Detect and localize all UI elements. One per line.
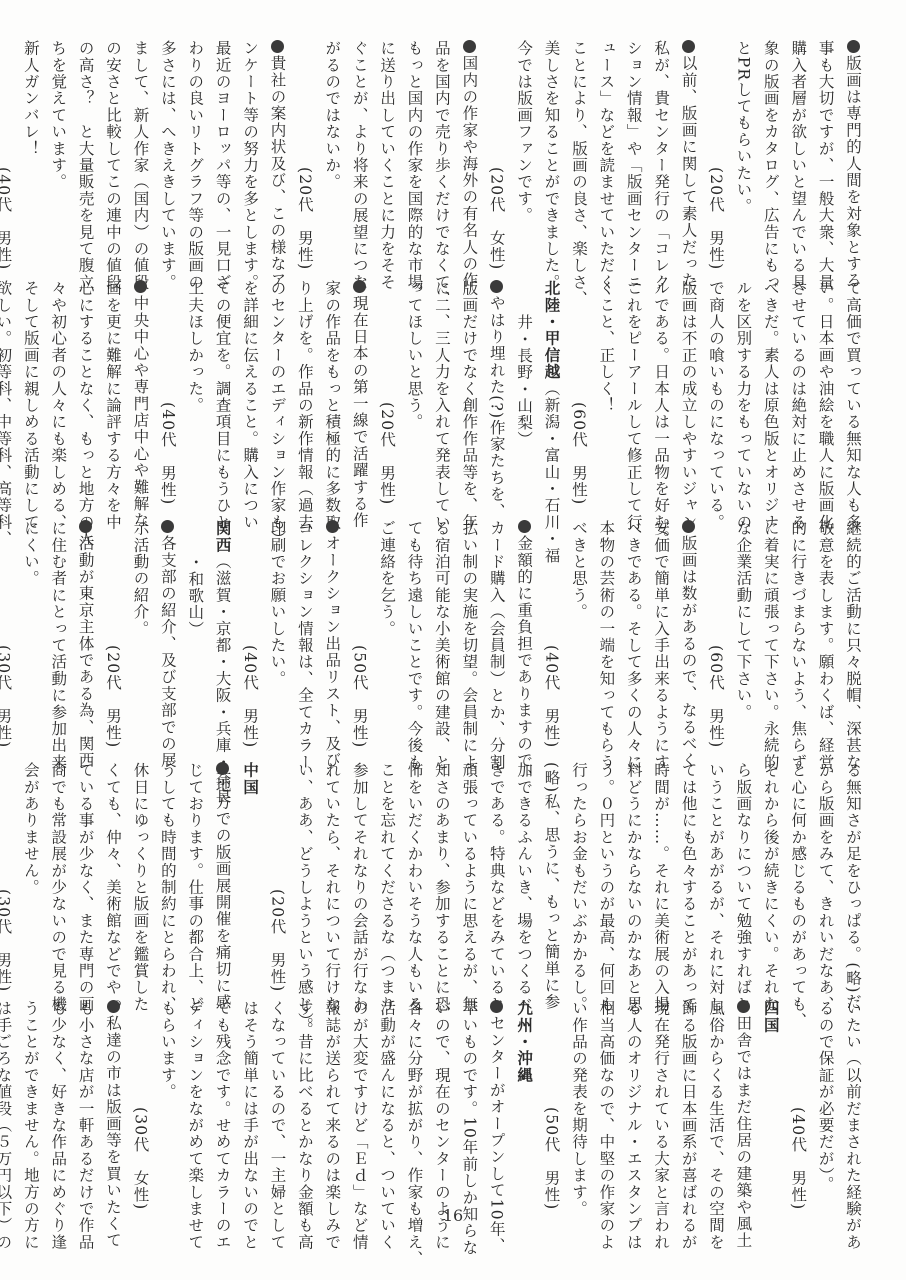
bullet-icon xyxy=(737,1000,750,1013)
bullet-icon xyxy=(463,40,476,53)
text-column: 版画は不正の成立しやすいジャン xyxy=(674,280,701,505)
column-text: くても、仲々、美術館などでやっ xyxy=(104,762,122,1013)
text-column: 的に行きづまらないよう、焦らず xyxy=(784,520,811,748)
respondent-signature: (60代 男性) xyxy=(702,520,729,748)
respondent-signature: (30代 男性) xyxy=(0,520,16,748)
text-column: 継続的ご活動に只々脱帽、深甚な xyxy=(839,520,866,748)
column-text: ても待ち遠しいことです。今後も xyxy=(406,520,424,771)
column-text: 時間が……。それに美術展の入場 xyxy=(652,762,670,1013)
respondent-signature: (40代 男性) xyxy=(153,280,180,505)
column-text: に着実に頑張って下さい。永続的 xyxy=(762,520,780,771)
text-column: な企業活動にして下さい。 xyxy=(729,520,756,748)
column-text: それから後が続きにくい。それな xyxy=(762,762,780,1013)
region-heading: 北陸・甲信越 xyxy=(543,280,561,380)
text-column: わりの良いリトグラフ等の版画の xyxy=(181,40,208,270)
region-heading: 九州・沖縄 xyxy=(515,1000,533,1084)
text-column: 本物の芸術の一端を知ってもらう xyxy=(592,520,619,748)
text-column: カード購入（会員制）とか、分割 xyxy=(482,520,509,748)
text-column: 報誌が送られて来るのは楽しみで xyxy=(318,1000,345,1210)
text-column: コレクション情報は、全てカラー xyxy=(290,520,317,748)
text-column: う。０円というのが最高、何回も xyxy=(592,762,619,992)
text-column: 井・長野・山梨） xyxy=(510,280,537,505)
text-column: そして版画に親しめる活動にして xyxy=(16,280,43,505)
column-text: 行ったらお金もだいぶかかるし。 xyxy=(570,762,588,1013)
text-column: 欲しい。初等科、中等科、高等科、 xyxy=(0,280,16,505)
column-text: 各支部の紹介、及び支部での展 xyxy=(159,535,177,769)
column-text: 家の作品をもっと積極的に多数取 xyxy=(323,280,341,531)
column-text: 示活動の紹介。 xyxy=(131,520,149,637)
text-column: ている事が少なく、また専門の画 xyxy=(71,762,98,992)
column-text: 品を国内で売り歩くだけでなくて、 xyxy=(433,40,451,307)
text-column: る宿泊可能な小美術館の建設、と xyxy=(428,520,455,748)
region-heading: 関西 xyxy=(214,520,232,553)
text-column: 怖をいだくかわいそうな人もいる xyxy=(400,762,427,992)
column-text: 美しさを知ることができました。 xyxy=(543,40,561,291)
column-text: 安価で簡単に入手出来るようにす xyxy=(652,520,670,771)
text-column: も少なく、好きな作品にめぐり逢 xyxy=(44,1000,71,1210)
column-text: る宿泊可能な小美術館の建設、と xyxy=(433,520,451,771)
bullet-icon xyxy=(107,1000,120,1013)
region-heading-line: 九州・沖縄 xyxy=(510,1000,537,1210)
text-column: くこと、正しく！ xyxy=(592,280,619,505)
column-text: 多さには、へきえきしています。 xyxy=(159,40,177,291)
text-column: で商人の喰いものになっている。 xyxy=(702,280,729,505)
column-text: り上げを。作品の新作情報（過去 xyxy=(296,280,314,531)
text-column: 時間が……。それに美術展の入場 xyxy=(647,762,674,992)
column-text: 私が、貴センター発行の「コレク xyxy=(652,40,670,291)
column-text: 井・長野・山梨） xyxy=(515,314,533,448)
column-text: ことにより、版画の良さ、楽しさ、 xyxy=(570,40,588,307)
text-column: いうことがあがるが、それに対し xyxy=(702,762,729,992)
text-column: る人のオリジナル・エスタンプは xyxy=(619,1000,646,1210)
bullet-icon xyxy=(79,520,92,533)
column-text: のセンターのエディション作家も） xyxy=(268,280,286,547)
text-tier-1: 版画は専門的人間を対象とする事も大切ですが、一般大衆、大量購入者層が欲しいと望ん… xyxy=(80,40,866,270)
text-column: うしても時間的制約にとらわれ、 xyxy=(153,762,180,992)
respondent-signature: (30代 女性) xyxy=(126,1000,153,1210)
text-column: がるのではないか。 xyxy=(318,40,345,270)
text-column: 国内の作家や海外の有名人の作 xyxy=(455,40,482,270)
text-column: 購入者層が欲しいと望んでいる具 xyxy=(784,40,811,270)
text-column: 参加してそれなりの会話が行なわ xyxy=(345,762,372,992)
text-column: ルを区別する力をもっていないの xyxy=(729,280,756,505)
column-text: い作品の発表を期待します。 xyxy=(570,1000,588,1217)
column-text: ルである。日本人は一品物を好む。 xyxy=(652,280,670,547)
column-text: 国内の作家や海外の有名人の作 xyxy=(460,55,478,289)
respondent-signature: (50代 男性) xyxy=(537,1000,564,1210)
column-text: 版画は数があるので、なるべく xyxy=(680,535,698,769)
column-text: じております。仕事の都合上、ど xyxy=(186,762,204,1013)
column-text: べきだ。素人は原色版とオリジナ xyxy=(762,280,780,531)
column-text: れていたら、それについて行けな xyxy=(323,762,341,1013)
text-column: ュース」などを読ませていただく xyxy=(592,40,619,270)
column-text: きである。特典などをみていると xyxy=(488,762,506,1013)
text-column: 心にすることなく、もっと地方の人 xyxy=(71,280,98,505)
region-heading-line: 中国 xyxy=(236,762,263,992)
column-text: カード購入（会員制）とか、分割 xyxy=(488,520,506,771)
text-column: 料どうにかならないのかなあと思 xyxy=(619,762,646,992)
text-column: に住む者にとって活動に参加出来 xyxy=(44,520,71,748)
text-column: じております。仕事の都合上、ど xyxy=(181,762,208,992)
bullet-icon xyxy=(134,280,147,293)
column-text: ンケート等の努力を多とします。 xyxy=(241,40,259,291)
region-heading-line: 北陸・甲信越（新潟・富山・石川・福 xyxy=(537,280,564,505)
text-column: 画を更に難解に論評する方々を中 xyxy=(99,280,126,505)
text-column: 早いものです。10年前しか知らな xyxy=(455,1000,482,1210)
column-text: で商人の喰いものになっている。 xyxy=(707,280,725,531)
text-column: 知さのあまり、参加することに恐 xyxy=(428,762,455,992)
text-column: 商でも常設展が少ないので見る機 xyxy=(44,762,71,992)
text-column: のセンターのエディション作家も） xyxy=(263,280,290,505)
text-column: 各支部の紹介、及び支部での展 xyxy=(153,520,180,748)
text-column: 現在発行されている大家と言われ xyxy=(647,1000,674,1210)
text-column: べきである。そして多くの人々に xyxy=(619,520,646,748)
text-column: 飾る版画に日本画系が喜ばれるが xyxy=(674,1000,701,1210)
column-text: 的に行きづまらないよう、焦らず xyxy=(789,520,807,771)
respondent-signature: (50代 男性) xyxy=(345,520,372,748)
text-column: きである。特典などをみていると xyxy=(482,762,509,992)
text-tier-3: 継続的ご活動に只々脱帽、深甚な敬意を表します。願わくば、経営的に行きづまらないよ… xyxy=(80,520,866,748)
text-column: から版画をみて、きれいだなあ、 xyxy=(811,762,838,992)
column-text: 継続的ご活動に只々脱帽、深甚な xyxy=(844,520,862,771)
column-text: ている事が少なく、また専門の画 xyxy=(77,762,95,1013)
text-column: 活動が盛んになると、ついていく xyxy=(373,1000,400,1210)
column-text: うしても時間的制約にとらわれ、 xyxy=(159,762,177,1013)
bullet-icon xyxy=(682,520,695,533)
region-heading: 四国 xyxy=(762,1000,780,1033)
column-text: ご連絡を乞う。 xyxy=(378,520,396,637)
column-text: 頑張っているように思えるが、無 xyxy=(460,762,478,1013)
text-column: ンケート等の努力を多とします。 xyxy=(236,40,263,270)
text-column: ことにより、版画の良さ、楽しさ、 xyxy=(565,40,592,270)
text-column: い、ああ、どうしようという感じ）。 xyxy=(290,762,317,992)
column-text: 休日にゆっくりと版画を鑑賞した xyxy=(131,762,149,1013)
column-text: 敬意を表します。願わくば、経営 xyxy=(817,520,835,771)
column-text: い、ああ、どうしようという感じ）。 xyxy=(296,762,314,1038)
text-column: に着実に頑張って下さい。永続的 xyxy=(756,520,783,748)
text-column: 々や初心者の人々にも楽しめる、 xyxy=(44,280,71,505)
text-column: オークション出品リスト、及び xyxy=(318,520,345,748)
text-column: 新人ガンバレ！ xyxy=(16,40,43,270)
column-text: 印刷でお願いしたい。 xyxy=(268,520,286,687)
text-column: 以前、版画に関して素人だった xyxy=(674,40,701,270)
text-column: 版画は専門的人間を対象とする xyxy=(839,40,866,270)
respondent-signature: (20代 男性) xyxy=(99,520,126,748)
column-text: に二、三人力を入れて発表してい xyxy=(433,280,451,531)
column-text: (略)私、思うに、もっと簡単に参 xyxy=(543,762,561,1010)
page-number: 16 xyxy=(0,1206,906,1225)
text-column: まして、新人作家（国内）の値段 xyxy=(126,40,153,270)
column-text: やはり埋れた(?)作家たちを、 xyxy=(488,295,506,519)
text-column: 事も大切ですが、一般大衆、大量 xyxy=(811,40,838,270)
text-column: ご連絡を乞う。 xyxy=(373,520,400,748)
column-text: まして、新人作家（国内）の値段 xyxy=(131,40,149,291)
column-text: から版画をみて、きれいだなあ、 xyxy=(817,762,835,1013)
column-text: 知さのあまり、参加することに恐 xyxy=(433,762,451,1013)
text-column: させているのは絶対に止めさせる xyxy=(784,280,811,505)
text-column: とPRしてもらいたい。 xyxy=(729,40,756,270)
text-column: の高さ？ と大量販売を見て腹立 xyxy=(71,40,98,270)
column-text: にくい。 xyxy=(22,520,40,587)
text-column: 家の作品をもっと積極的に多数取 xyxy=(318,280,345,505)
respondent-signature: (20代 男性) xyxy=(263,762,290,992)
text-column: は手ごろな値段（５万円以下）の xyxy=(0,1000,16,1210)
column-text: 現在日本の第一線で活躍する作 xyxy=(351,295,369,529)
column-text: の高さ？ と大量販売を見て腹立 xyxy=(77,40,95,291)
text-column: くても、仲々、美術館などでやっ xyxy=(99,762,126,992)
text-column: ぐことが、より将来の展望につな xyxy=(345,40,372,270)
column-text: う。０円というのが最高、何回も xyxy=(597,762,615,1013)
text-column: (略)私、思うに、もっと簡単に参 xyxy=(537,762,564,992)
column-text: 活動が東京主体である為、関西 xyxy=(77,535,95,769)
column-text: がるのではないか。 xyxy=(323,40,341,190)
text-column: 加できるふんいき、場をつくるべ xyxy=(510,762,537,992)
column-text: 本物の芸術の一端を知ってもらう xyxy=(597,520,615,771)
text-column: いたい（以前だまされた経験があ xyxy=(839,1000,866,1210)
column-text: 会がありません。 xyxy=(22,762,40,896)
column-text: ュース」などを読ませていただく xyxy=(597,40,615,291)
respondent-signature: (40代 男性) xyxy=(784,1000,811,1210)
text-column: 工夫ほしかった。 xyxy=(181,280,208,505)
text-tier-4: る無知さが足をひっぱる。(略)だから版画をみて、きれいだなあ、と心に何か感じるも… xyxy=(80,762,866,992)
text-column: 金額的に重負担でありますので、 xyxy=(510,520,537,748)
column-text: 事も大切ですが、一般大衆、大量 xyxy=(817,40,835,291)
text-column: 休日にゆっくりと版画を鑑賞した xyxy=(126,762,153,992)
column-text: オークション出品リスト、及び xyxy=(323,535,341,769)
text-column: ・和歌山） xyxy=(181,520,208,748)
text-column: 中央中心や専門店中心や難解な xyxy=(126,280,153,505)
text-column: の安さと比較してこの連中の値段 xyxy=(99,40,126,270)
text-column: 相当高価なので、中堅の作家のよ xyxy=(592,1000,619,1210)
text-column: 頑張っているように思えるが、無 xyxy=(455,762,482,992)
respondent-signature: (40代 男性) xyxy=(236,520,263,748)
respondent-signature: (40代 男性) xyxy=(0,40,16,270)
column-text: を詳細に伝えること。購入につい xyxy=(241,280,259,531)
text-column: 多さには、へきえきしています。 xyxy=(153,40,180,270)
column-text: これをピーアールして修正して行 xyxy=(625,280,643,531)
bullet-icon xyxy=(161,520,174,533)
text-column: べきだ。素人は原色版とオリジナ xyxy=(756,280,783,505)
column-text: 怖をいだくかわいそうな人もいる xyxy=(406,762,424,1013)
text-column: い。日本画や油絵を職人に版画化 xyxy=(811,280,838,505)
text-column: 今では版画ファンです。 xyxy=(510,40,537,270)
text-column: 行ったらお金もだいぶかかるし。 xyxy=(565,762,592,992)
column-text: 版画だけでなく創作作品等を、年 xyxy=(460,280,478,531)
column-text: 画を更に難解に論評する方々を中 xyxy=(104,280,122,531)
column-text: 欲しい。初等科、中等科、高等科、 xyxy=(0,280,12,547)
text-column: ちを覚えています。 xyxy=(44,40,71,270)
text-column: ことを忘れてくださるな（つまり xyxy=(373,762,400,992)
column-text: そして版画に親しめる活動にして xyxy=(22,280,40,531)
text-column: 私が、貴センター発行の「コレク xyxy=(647,40,674,270)
bullet-icon xyxy=(682,40,695,53)
column-text: 々や初心者の人々にも楽しめる、 xyxy=(49,280,67,531)
column-text: 最近のヨーロッパ等の、一見口ざ xyxy=(214,40,232,291)
column-text: 今では版画ファンです。 xyxy=(515,40,533,224)
column-text: ぐことが、より将来の展望につな xyxy=(351,40,369,291)
text-column: ション情報」や「版画センターニ xyxy=(619,40,646,270)
text-column: い作品の発表を期待します。 xyxy=(565,1000,592,1210)
text-tier-5: いたい（以前だまされた経験があるので保証が必要だが）。(40代 男性)四国田舎で… xyxy=(80,1000,866,1210)
text-column: 地方での版画展開催を痛切に感 xyxy=(208,762,235,992)
respondent-signature: (30代 男性) xyxy=(0,762,16,992)
text-column: くなっているので、一主婦として xyxy=(263,1000,290,1210)
text-column: 風俗からくる生活で、その空間を xyxy=(702,1000,729,1210)
column-text: ての便宜を。調査項目にもうひと xyxy=(214,280,232,531)
text-column: るので保証が必要だが）。 xyxy=(811,1000,838,1210)
bullet-icon xyxy=(490,280,503,293)
column-text: ら版画なりについて勉強すればと xyxy=(734,762,752,1013)
column-text: 地方での版画展開催を痛切に感 xyxy=(214,777,232,1011)
bullet-icon xyxy=(271,40,284,53)
column-text: わりの良いリトグラフ等の版画の xyxy=(186,40,204,291)
respondent-signature: (40代 男性) xyxy=(537,520,564,748)
text-column: れていたら、それについて行けな xyxy=(318,762,345,992)
text-column: ら版画なりについて勉強すればと xyxy=(729,762,756,992)
region-heading-line: 四国 xyxy=(756,1000,783,1210)
column-text: る無知さが足をひっぱる。(略)だ xyxy=(844,762,862,1010)
text-column: はそう簡単には手が出ないのでと xyxy=(236,1000,263,1210)
column-text: に住む者にとって活動に参加出来 xyxy=(49,520,67,771)
text-column: と心に何か感じるものがあっても、 xyxy=(784,762,811,992)
text-column: べきと思う。 xyxy=(565,520,592,748)
column-text: 貴社の案内状及び、この様なア xyxy=(268,55,286,289)
text-column: 活動が東京主体である為、関西 xyxy=(71,520,98,748)
text-column: 版画だけでなく創作作品等を、年 xyxy=(455,280,482,505)
column-text: 各々に分野が拡がり、作家も増え、 xyxy=(406,1000,424,1267)
column-text: ション情報」や「版画センターニ xyxy=(625,40,643,291)
text-column: 各々に分野が拡がり、作家も増え、 xyxy=(400,1000,427,1210)
column-text: ては他にも色々することがあって xyxy=(680,762,698,1013)
text-column: 払い制の実施を切望。会員制によ xyxy=(455,520,482,748)
text-column: ルである。日本人は一品物を好む。 xyxy=(647,280,674,505)
column-text: 版画は不正の成立しやすいジャン xyxy=(680,280,698,531)
text-column: ディションをながめて楽しませて xyxy=(181,1000,208,1210)
column-text: コレクション情報は、全てカラー xyxy=(296,520,314,771)
respondent-signature: (20代 男性) xyxy=(290,40,317,270)
column-text: ことを忘れてくださるな（つまり xyxy=(378,762,396,1013)
bullet-icon xyxy=(216,762,229,775)
region-heading: 中国 xyxy=(241,762,259,795)
column-text: 購入者層が欲しいと望んでいる具 xyxy=(789,40,807,291)
column-text: 以前、版画に関して素人だった xyxy=(680,55,698,289)
text-column: 安価で簡単に入手出来るようにす xyxy=(647,520,674,748)
text-column: ってほしいと思う。 xyxy=(400,280,427,505)
region-heading-line: 関西（滋賀・京都・大阪・兵庫・奈良 xyxy=(208,520,235,748)
column-text: させているのは絶対に止めさせる xyxy=(789,280,807,531)
respondent-signature: (20代 男性) xyxy=(373,280,400,505)
text-column: 最近のヨーロッパ等の、一見口ざ xyxy=(208,40,235,270)
text-column: のが大変ですけど「Ｅｄ」など情 xyxy=(345,1000,372,1210)
text-column: いので、現在のセンターのように xyxy=(428,1000,455,1210)
text-column: 田舎ではまだ住居の建築や風土 xyxy=(729,1000,756,1210)
column-text: 払い制の実施を切望。会員制によ xyxy=(460,520,478,771)
text-column: 貴社の案内状及び、この様なア xyxy=(263,40,290,270)
column-text: 料どうにかならないのかなあと思 xyxy=(625,762,643,1013)
bullet-icon xyxy=(353,280,366,293)
text-column: て高価で買っている無知な人も多 xyxy=(839,280,866,505)
respondent-signature: (60代 男性) xyxy=(565,280,592,505)
text-column: に二、三人力を入れて発表してい xyxy=(428,280,455,505)
respondent-signature: (20代 男性) xyxy=(702,40,729,270)
column-text: い。日本画や油絵を職人に版画化 xyxy=(817,280,835,531)
text-column: にくい。 xyxy=(16,520,43,748)
text-column: 版画は数があるので、なるべく xyxy=(674,520,701,748)
text-column: センターがオープンして10年、 xyxy=(482,1000,509,1210)
column-text: 象の版画をカタログ、広告にもっ xyxy=(762,40,780,291)
column-text: に送り出していくことに力をそそ xyxy=(378,40,396,291)
text-column: ても待ち遠しいことです。今後も xyxy=(400,520,427,748)
column-text: とPRしてもらいたい。 xyxy=(734,40,752,215)
text-column: ては他にも色々することがあって xyxy=(674,762,701,992)
bullet-icon xyxy=(518,520,531,533)
text-column: り上げを。作品の新作情報（過去 xyxy=(290,280,317,505)
text-column: ても残念です。せめてカラーのエ xyxy=(208,1000,235,1210)
text-column: 品を国内で売り歩くだけでなくて、 xyxy=(428,40,455,270)
column-text: 中央中心や専門店中心や難解な xyxy=(131,295,149,529)
column-text: 商でも常設展が少ないので見る機 xyxy=(49,762,67,1013)
column-text: ってほしいと思う。 xyxy=(406,280,424,430)
column-text: くこと、正しく！ xyxy=(597,280,615,414)
text-column: 会がありません。 xyxy=(16,762,43,992)
column-text: 金額的に重負担でありますので、 xyxy=(515,535,533,786)
bullet-icon xyxy=(847,40,860,53)
column-text: な企業活動にして下さい。 xyxy=(734,520,752,720)
column-text: いうことがあがるが、それに対し xyxy=(707,762,725,1013)
bullet-icon xyxy=(490,1000,503,1013)
column-text: 加できるふんいき、場をつくるべ xyxy=(515,762,533,1013)
text-column: る無知さが足をひっぱる。(略)だ xyxy=(839,762,866,992)
text-column: 示活動の紹介。 xyxy=(126,520,153,748)
text-column: 現在日本の第一線で活躍する作 xyxy=(345,280,372,505)
text-tier-2: て高価で買っている無知な人も多い。日本画や油絵を職人に版画化させているのは絶対に… xyxy=(80,280,866,505)
column-text: もっと国内の作家を国際的な市場 xyxy=(406,40,424,291)
text-column: やはり埋れた(?)作家たちを、 xyxy=(482,280,509,505)
text-column: もらいます。 xyxy=(153,1000,180,1210)
text-column: これをピーアールして修正して行 xyxy=(619,280,646,505)
text-column: を詳細に伝えること。購入につい xyxy=(236,280,263,505)
column-text: 心にすることなく、もっと地方の人 xyxy=(77,280,95,547)
column-text: ルを区別する力をもっていないの xyxy=(734,280,752,531)
column-text: 参加してそれなりの会話が行なわ xyxy=(351,762,369,1013)
text-column: それから後が続きにくい。それな xyxy=(756,762,783,992)
column-text: の安さと比較してこの連中の値段 xyxy=(104,40,122,291)
bullet-icon xyxy=(326,520,339,533)
text-column: もっと国内の作家を国際的な市場 xyxy=(400,40,427,270)
column-text: ・和歌山） xyxy=(186,554,204,638)
column-text: と心に何か感じるものがあっても、 xyxy=(789,762,807,1029)
text-column: ての便宜を。調査項目にもうひと xyxy=(208,280,235,505)
column-text: て高価で買っている無知な人も多 xyxy=(844,280,862,531)
column-text: ちを覚えています。 xyxy=(49,40,67,190)
text-column: 敬意を表します。願わくば、経営 xyxy=(811,520,838,748)
text-column: うことができません。地方の方に xyxy=(16,1000,43,1210)
text-column: 私達の市は版画等を買いたくて xyxy=(99,1000,126,1210)
text-column: 象の版画をカタログ、広告にもっ xyxy=(756,40,783,270)
column-text: べきと思う。 xyxy=(570,520,588,620)
text-column: 印刷でお願いしたい。 xyxy=(263,520,290,748)
text-column: も小さな店が一軒あるだけで作品 xyxy=(71,1000,98,1210)
scanned-page: 版画は専門的人間を対象とする事も大切ですが、一般大衆、大量購入者層が欲しいと望ん… xyxy=(0,0,906,1280)
column-text: るので保証が必要だが）。 xyxy=(817,1000,835,1193)
column-text: べきである。そして多くの人々に xyxy=(625,520,643,771)
column-text: もらいます。 xyxy=(159,1000,177,1100)
text-column: に送り出していくことに力をそそ xyxy=(373,40,400,270)
text-column: す。昔に比べるとかなり金額も高 xyxy=(290,1000,317,1210)
column-text: 版画は専門的人間を対象とする xyxy=(844,55,862,289)
column-text: 新人ガンバレ！ xyxy=(22,40,40,157)
respondent-signature: (20代 女性) xyxy=(482,40,509,270)
